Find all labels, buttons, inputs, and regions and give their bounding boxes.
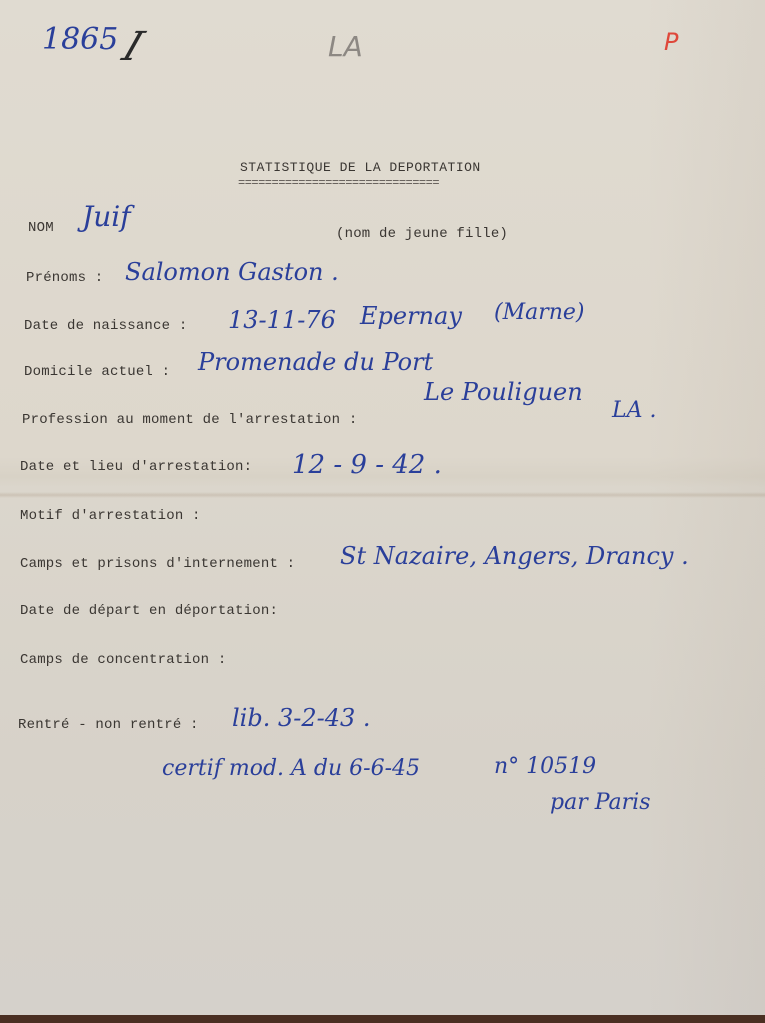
field-value-birthplace: Epernay (360, 302, 462, 330)
field-label-prenoms: Prénoms : (26, 270, 103, 286)
field-label-profession: Profession au moment de l'arrestation : (22, 412, 357, 428)
field-label-date-depart: Date de départ en déportation: (20, 603, 278, 619)
field-value-date-lieu-arrestation: 12 - 9 - 42 . (292, 450, 442, 480)
form-title: STATISTIQUE DE LA DEPORTATION (240, 160, 481, 175)
note-certificate: certif mod. A du 6-6-45 (162, 756, 420, 781)
field-value-birth-dept: (Marne) (494, 300, 585, 325)
field-value-prenoms: Salomon Gaston . (125, 258, 339, 286)
note-certificate-number: n° 10519 (494, 754, 596, 779)
field-label-nom-jeune-fille: (nom de jeune fille) (336, 226, 508, 242)
field-value-nom: Juif (82, 200, 131, 233)
roman-numeral-mark: I (117, 24, 150, 70)
red-mark: P (664, 28, 678, 56)
field-label-camps-prisons: Camps et prisons d'internement : (20, 556, 295, 572)
field-value-domicile-town: Le Pouliguen (424, 378, 583, 406)
field-value-domicile-street: Promenade du Port (198, 348, 433, 376)
pencil-mark: LA (328, 30, 363, 63)
field-label-motif: Motif d'arrestation : (20, 508, 201, 524)
field-label-date-naissance: Date de naissance : (24, 318, 187, 334)
title-underline: ============================== (238, 176, 439, 190)
field-value-date-naissance: 13-11-76 (228, 306, 336, 334)
desk-edge (0, 1015, 765, 1023)
field-label-nom: NOM (28, 220, 54, 236)
reference-number: 1865 (42, 22, 118, 57)
note-issuer: par Paris (550, 790, 650, 815)
document-page: 1865 I LA P STATISTIQUE DE LA DEPORTATIO… (0, 0, 765, 1015)
field-label-date-lieu-arrestation: Date et lieu d'arrestation: (20, 459, 252, 475)
field-label-domicile: Domicile actuel : (24, 364, 170, 380)
field-label-camps-concentration: Camps de concentration : (20, 652, 226, 668)
field-value-rentre: lib. 3-2-43 . (232, 704, 371, 732)
field-label-rentre: Rentré - non rentré : (18, 717, 199, 733)
field-value-domicile-dept: LA . (612, 398, 656, 423)
field-value-camps-prisons: St Nazaire, Angers, Drancy . (340, 542, 689, 570)
paper-fold (0, 492, 765, 498)
